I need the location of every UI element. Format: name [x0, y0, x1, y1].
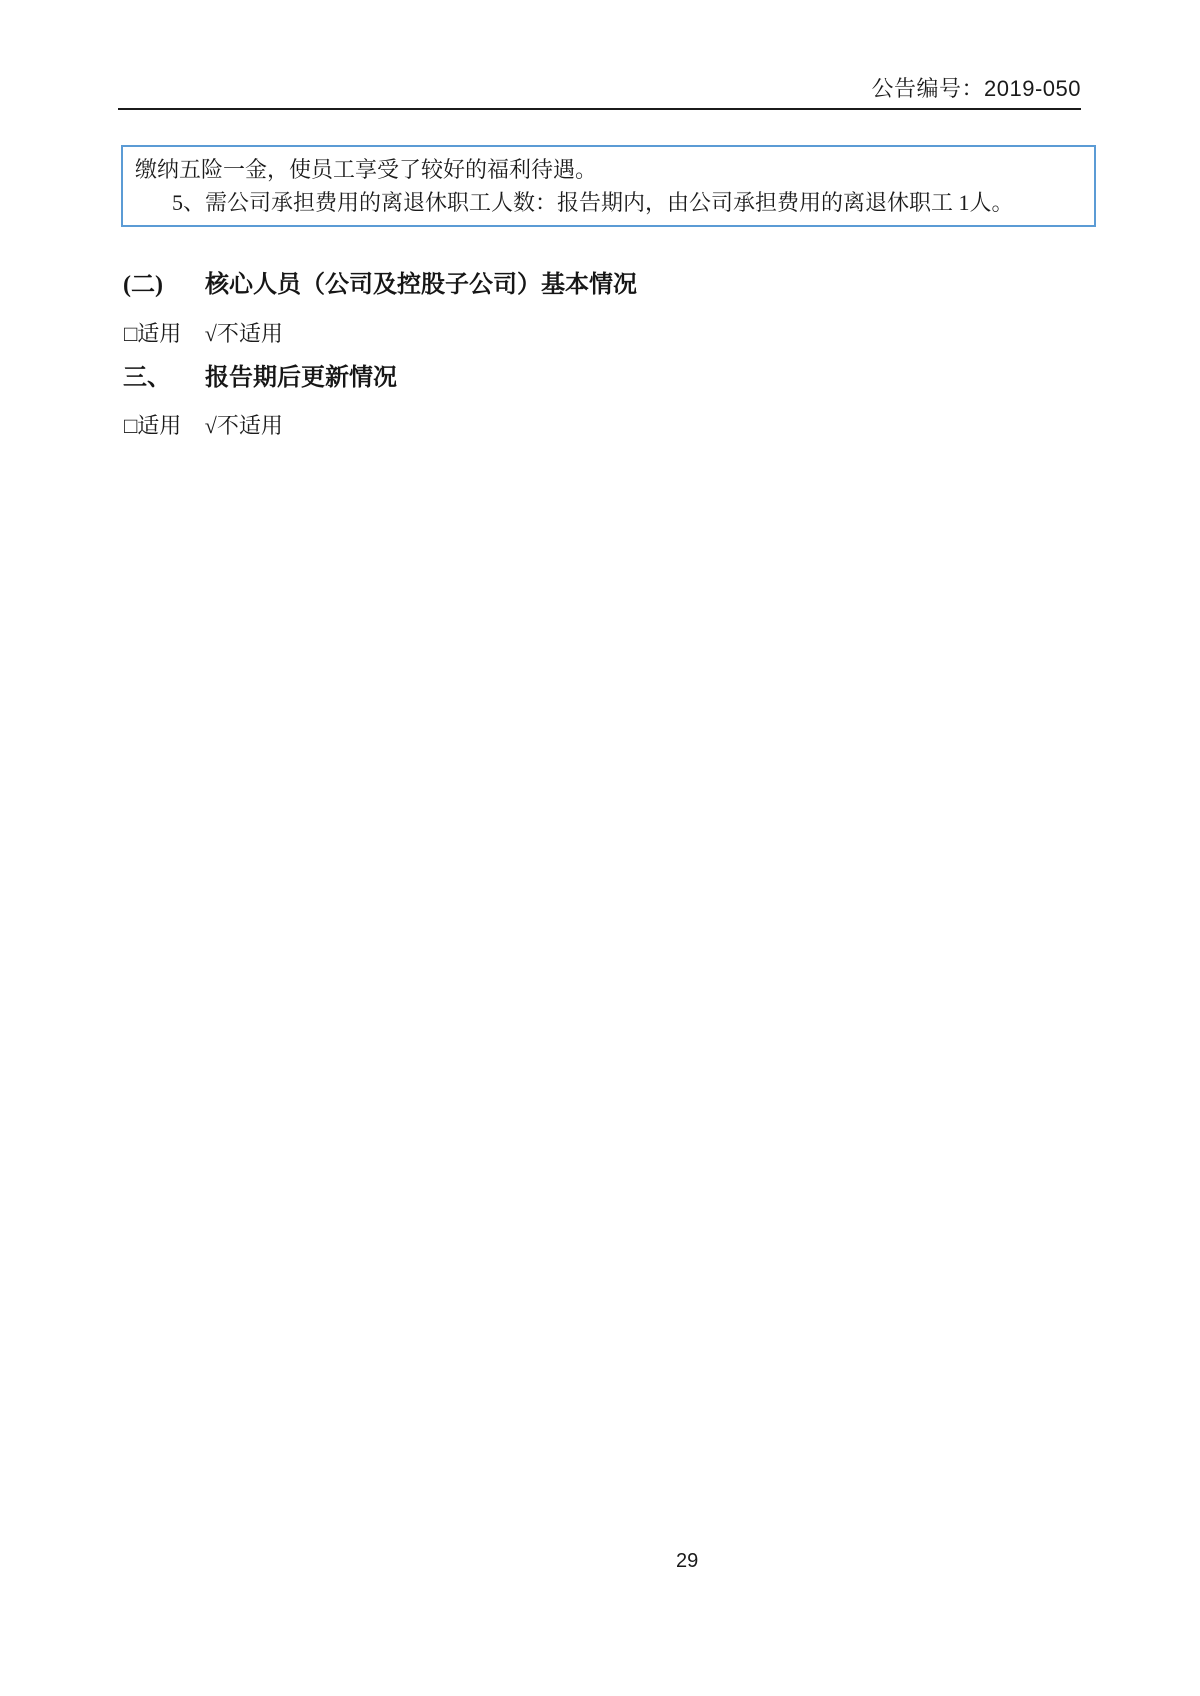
page-header: 公告编号：2019-050: [118, 76, 1081, 110]
applicability-line: □适用 √不适用: [124, 412, 283, 440]
section-heading-core-personnel: (二) 核心人员（公司及控股子公司）基本情况: [123, 270, 637, 300]
section-title: 报告期后更新情况: [205, 363, 397, 393]
notice-box: 缴纳五险一金，使员工享受了较好的福利待遇。 5、需公司承担费用的离退休职工人数：…: [121, 145, 1096, 227]
not-applicable-checked-option: √不适用: [205, 412, 283, 440]
not-applicable-checked-option: √不适用: [205, 320, 283, 348]
applicability-line: □适用 √不适用: [124, 320, 283, 348]
section-number: 三、: [123, 363, 205, 393]
notice-line-2: 5、需公司承担费用的离退休职工人数：报告期内，由公司承担费用的离退休职工 1人。: [135, 186, 1080, 219]
document-page: 公告编号：2019-050 缴纳五险一金，使员工享受了较好的福利待遇。 5、需公…: [0, 0, 1200, 1696]
notice-line-1: 缴纳五险一金，使员工享受了较好的福利待遇。: [135, 153, 1080, 186]
page-number: 29: [676, 1550, 698, 1573]
section-number: (二): [123, 270, 205, 300]
announcement-number: 公告编号：2019-050: [872, 76, 1081, 101]
section-title: 核心人员（公司及控股子公司）基本情况: [205, 270, 637, 300]
section-heading-post-period-update: 三、 报告期后更新情况: [123, 363, 397, 393]
applicable-unchecked-option: □适用: [124, 412, 181, 440]
applicable-unchecked-option: □适用: [124, 320, 181, 348]
